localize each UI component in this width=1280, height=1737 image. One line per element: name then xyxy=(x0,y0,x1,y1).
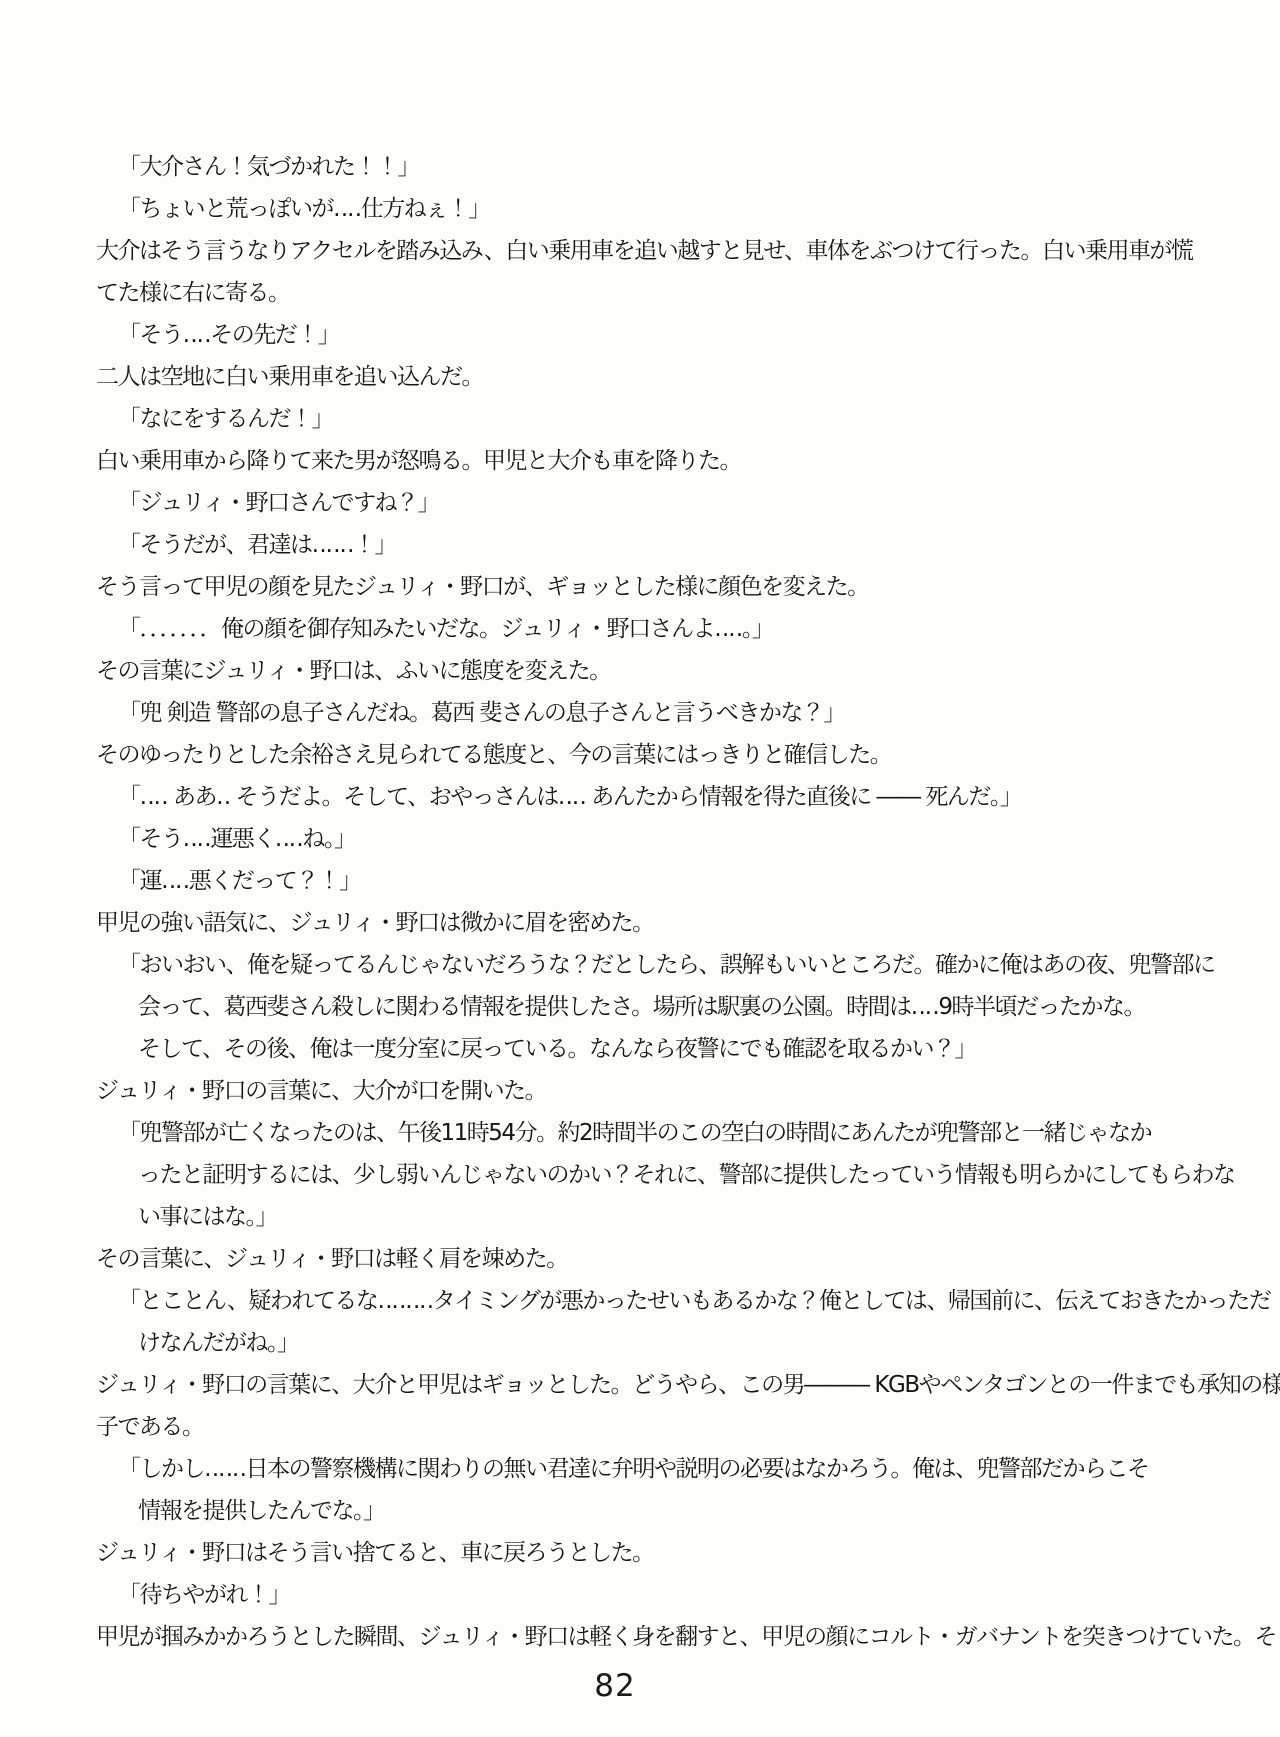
text-line: 「おいおい、俺を疑ってるんじゃないだろうな？だとしたら、誤解もいいところだ。確か… xyxy=(96,944,1200,986)
text-line: 「しかし‥‥‥日本の警察機構に関わりの無い君達に弁明や説明の必要はなかろう。俺は… xyxy=(96,1448,1200,1490)
text-line: 「．．．．．．．俺の顔を御存知みたいだな。ジュリィ・野口さんよ‥‥。」 xyxy=(96,608,1200,650)
text-line: 大介はそう言うなりアクセルを踏み込み、白い乗用車を追い越すと見せ、車体をぶつけて… xyxy=(96,230,1200,272)
text-line: 「兜警部が亡くなったのは、午後11時54分。約2時間半のこの空白の時間にあんたが… xyxy=(96,1112,1200,1154)
text-line: ジュリィ・野口の言葉に、大介が口を開いた。 xyxy=(96,1070,1200,1112)
text-line: ジュリィ・野口の言葉に、大介と甲児はギョッとした。どうやら、この男――― KGB… xyxy=(96,1364,1200,1406)
text-line: 「そう‥‥その先だ！」 xyxy=(96,314,1200,356)
text-line: 「とことん、疑われてるな‥‥‥‥タイミングが悪かったせいもあるかな？俺としては、… xyxy=(96,1280,1200,1322)
text-line: ったと証明するには、少し弱いんじゃないのかい？それに、警部に提供したっていう情報… xyxy=(96,1154,1200,1196)
text-line: 「ちょいと荒っぽいが‥‥仕方ねぇ！」 xyxy=(96,188,1200,230)
text-line: 子である。 xyxy=(96,1406,1200,1448)
text-line: てた様に右に寄る。 xyxy=(96,272,1200,314)
text-line: けなんだがね。」 xyxy=(96,1322,1200,1364)
text-line: 白い乗用車から降りて来た男が怒鳴る。甲児と大介も車を降りた。 xyxy=(96,440,1200,482)
text-line: 「そうだが、君達は‥‥‥！」 xyxy=(96,524,1200,566)
text-line: 「兜 剣造 警部の息子さんだね。葛西 斐さんの息子さんと言うべきかな？」 xyxy=(96,692,1200,734)
text-line: その言葉に、ジュリィ・野口は軽く肩を竦めた。 xyxy=(96,1238,1200,1280)
text-line: 会って、葛西斐さん殺しに関わる情報を提供したさ。場所は駅裏の公園。時間は‥‥9時… xyxy=(96,986,1200,1028)
story-text: 「大介さん！気づかれた！！」 「ちょいと荒っぽいが‥‥仕方ねぇ！」 大介はそう言… xyxy=(96,146,1200,1658)
text-line: そのゆったりとした余裕さえ見られてる態度と、今の言葉にはっきりと確信した。 xyxy=(96,734,1200,776)
text-line: 「運‥‥悪くだって？！」 xyxy=(96,860,1200,902)
text-line: 「待ちやがれ！」 xyxy=(96,1574,1200,1616)
text-line: 「なにをするんだ！」 xyxy=(96,398,1200,440)
text-line: 二人は空地に白い乗用車を追い込んだ。 xyxy=(96,356,1200,398)
text-line: その言葉にジュリィ・野口は、ふいに態度を変えた。 xyxy=(96,650,1200,692)
text-line: 「ジュリィ・野口さんですね？」 xyxy=(96,482,1200,524)
text-line: い事にはな。」 xyxy=(96,1196,1200,1238)
page-number: 82 xyxy=(0,1668,1230,1704)
text-line: 甲児の強い語気に、ジュリィ・野口は微かに眉を密めた。 xyxy=(96,902,1200,944)
text-line: 甲児が掴みかかろうとした瞬間、ジュリィ・野口は軽く身を翻すと、甲児の顔にコルト・… xyxy=(96,1616,1200,1658)
text-line: 「そう‥‥運悪く‥‥ね。」 xyxy=(96,818,1200,860)
text-line: ジュリィ・野口はそう言い捨てると、車に戻ろうとした。 xyxy=(96,1532,1200,1574)
text-line: 情報を提供したんでな。」 xyxy=(96,1490,1200,1532)
text-line: そして、その後、俺は一度分室に戻っている。なんなら夜警にでも確認を取るかい？」 xyxy=(96,1028,1200,1070)
text-line: 「‥‥ ああ‥ そうだよ。そして、おやっさんは‥‥ あんたから情報を得た直後に … xyxy=(96,776,1200,818)
scanned-novel-page: 「大介さん！気づかれた！！」 「ちょいと荒っぽいが‥‥仕方ねぇ！」 大介はそう言… xyxy=(0,0,1280,1737)
text-line: 「大介さん！気づかれた！！」 xyxy=(96,146,1200,188)
text-line: そう言って甲児の顔を見たジュリィ・野口が、ギョッとした様に顔色を変えた。 xyxy=(96,566,1200,608)
